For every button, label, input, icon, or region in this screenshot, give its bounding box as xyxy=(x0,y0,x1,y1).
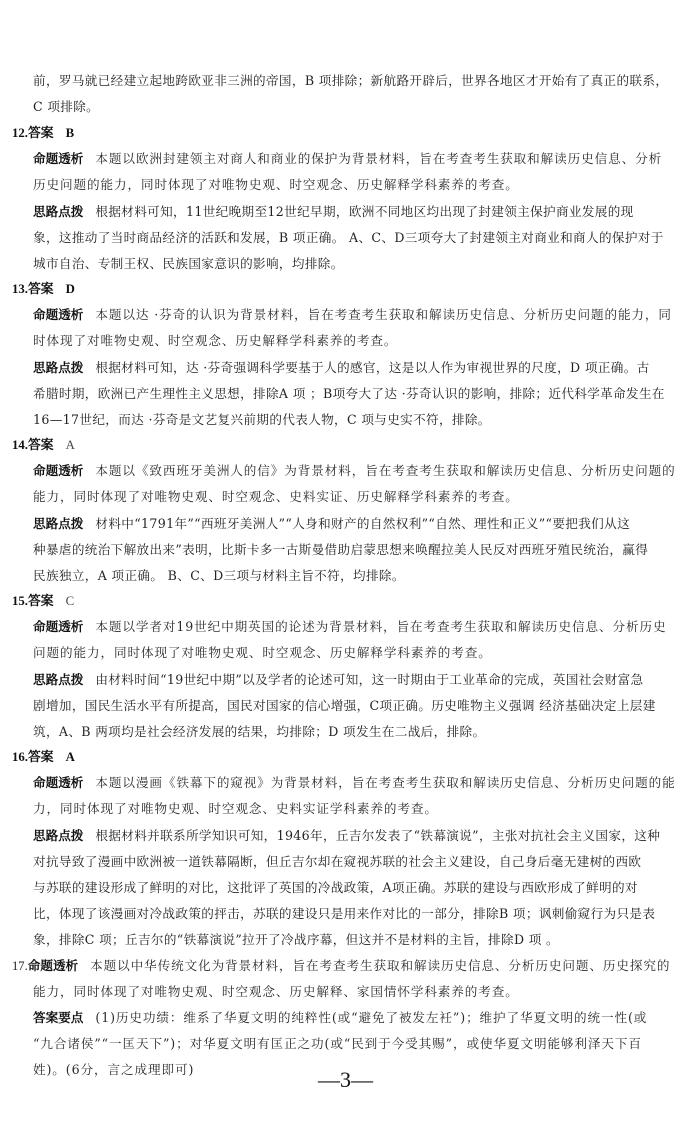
analysis-label: 命题透析 xyxy=(28,958,78,973)
answer-label: 答案 xyxy=(28,594,54,609)
hint-line: 思路点拨根据材料并联系所学知识可知，1946年，丘吉尔发表了“铁幕演说”，主张对… xyxy=(33,827,673,845)
hint-line: 象，这推动了当时商品经济的活跃和发展，B 项正确。 A、C、D三项夸大了封建领主… xyxy=(33,229,673,247)
hint-line: 比，体现了该漫画对冷战政策的抨击，苏联的建设只是用来作对比的一部分，排除B 项；… xyxy=(33,905,673,923)
analysis-label: 命题透析 xyxy=(33,463,83,478)
question-number: 12. xyxy=(12,126,28,140)
question-number: 17. xyxy=(12,959,28,973)
hint-line: 筑，A、B 两项均是社会经济发展的结果，均排除；D 项发生在二战后，排除。 xyxy=(33,723,673,741)
question-number: 13. xyxy=(12,282,28,296)
question-15-header: 15.答案C xyxy=(12,592,74,611)
hint-line: 民族独立，A 项正确。 B、C、D三项与材料主旨不符，均排除。 xyxy=(33,567,673,585)
hint-line: 与苏联的建设形成了鲜明的对比，这批评了英国的冷战政策，A项正确。苏联的建设与西欧… xyxy=(33,879,673,897)
hint-label: 思路点拨 xyxy=(33,672,83,687)
analysis-line: 能力，同时体现了对唯物史观、时空观念、史料实证、历史解释学科素养的考查。 xyxy=(33,488,673,506)
answer-label: 答案 xyxy=(28,750,54,765)
answer-value: A xyxy=(66,438,75,452)
analysis-label: 命题透析 xyxy=(33,775,83,790)
hint-line: 思路点拨材料中“1791年”“西班牙美洲人”“人身和财产的自然权利”“自然、理性… xyxy=(33,515,673,533)
analysis-line: 命题透析本题以达 ·芬奇的认识为背景材料，旨在考查考生获取和解读历史信息、分析历… xyxy=(33,306,673,324)
hint-line: 思路点拨由材料时间“19世纪中期”以及学者的论述可知，这一时期由于工业革命的完成… xyxy=(33,671,673,689)
hint-line: 象，排除C 项；丘吉尔的“铁幕演说”拉开了冷战序幕，但这并不是材料的主旨，排除D… xyxy=(33,931,673,949)
hint-line: 剧增加，国民生活水平有所提高，国民对国家的信心增强，C项正确。历史唯物主义强调 … xyxy=(33,697,673,715)
hint-label: 思路点拨 xyxy=(33,828,83,843)
hint-line: 对抗导致了漫画中欧洲被一道铁幕隔断，但丘吉尔却在窥视苏联的社会主义建设，自己身后… xyxy=(33,853,673,871)
analysis-label: 命题透析 xyxy=(33,151,83,166)
key-points-label: 答案要点 xyxy=(33,1010,83,1025)
answer-label: 答案 xyxy=(28,282,54,297)
continuation-line: C 项排除。 xyxy=(33,98,673,116)
answer-label: 答案 xyxy=(28,126,54,141)
question-13-header: 13.答案D xyxy=(12,280,75,299)
hint-label: 思路点拨 xyxy=(33,360,83,375)
hint-line: 思路点拨根据材料可知，达 ·芬奇强调科学要基于人的感官，这是以人作为审视世界的尺… xyxy=(33,359,673,377)
question-number: 15. xyxy=(12,594,28,608)
hint-line: 16—17世纪，而达 ·芬奇是文艺复兴前期的代表人物，C 项与史实不符，排除。 xyxy=(33,411,673,429)
analysis-line: 命题透析本题以《致西班牙美洲人的信》为背景材料，旨在考查考生获取和解读历史信息、… xyxy=(33,462,673,480)
hint-label: 思路点拨 xyxy=(33,516,83,531)
question-number: 16. xyxy=(12,750,28,764)
analysis-line: 命题透析本题以学者对19世纪中期英国的论述为背景材料，旨在考查考生获取和解读历史… xyxy=(33,618,673,636)
page-number: —3— xyxy=(0,1068,691,1092)
answer-value: D xyxy=(66,282,75,296)
analysis-line: 力，同时体现了对唯物史观、时空观念、史料实证学科素养的考查。 xyxy=(33,800,673,818)
answer-label: 答案 xyxy=(28,438,54,453)
analysis-line: 时体现了对唯物史观、时空观念、历史解释学科素养的考查。 xyxy=(33,332,673,350)
hint-label: 思路点拨 xyxy=(33,204,83,219)
question-number: 14. xyxy=(12,438,28,452)
analysis-label: 命题透析 xyxy=(33,307,83,322)
question-17-header: 17.命题透析本题以中华传统文化为背景材料，旨在考查考生获取和解读历史信息、分析… xyxy=(12,957,670,975)
analysis-line: 命题透析本题以欧洲封建领主对商人和商业的保护为背景材料，旨在考查考生获取和解读历… xyxy=(33,150,673,168)
key-points-line: “九合诸侯”“一匡天下”)；对华夏文明有匡正之功(或“民到于今受其赐”，或使华夏… xyxy=(33,1035,673,1053)
document-page: 前，罗马就已经建立起地跨欧亚非三洲的帝国，B 项排除；新航路开辟后，世界各地区才… xyxy=(0,0,691,1146)
key-points-line: 答案要点(1)历史功绩：维系了华夏文明的纯粹性(或“避免了被发左衽”)；维护了华… xyxy=(33,1009,673,1027)
analysis-line: 问题的能力，同时体现了对唯物史观、时空观念、历史解释学科素养的考查。 xyxy=(33,644,673,662)
hint-line: 思路点拨根据材料可知，11世纪晚期至12世纪早期，欧洲不同地区均出现了封建领主保… xyxy=(33,203,673,221)
answer-value: B xyxy=(66,126,75,140)
analysis-line: 能力，同时体现了对唯物史观、时空观念、历史解释、家国情怀学科素养的考查。 xyxy=(33,983,673,1001)
continuation-line: 前，罗马就已经建立起地跨欧亚非三洲的帝国，B 项排除；新航路开辟后，世界各地区才… xyxy=(33,72,673,90)
hint-line: 希腊时期，欧洲已产生理性主义思想，排除A 项 ；B项夸大了达 ·芬奇认识的影响，… xyxy=(33,385,673,403)
question-14-header: 14.答案A xyxy=(12,436,75,455)
hint-line: 种暴虐的统治下解放出来”表明，比斯卡多一古斯曼借助启蒙思想来唤醒拉美人民反对西班… xyxy=(33,541,673,559)
answer-value: C xyxy=(66,594,75,608)
analysis-line: 历史问题的能力，同时体现了对唯物史观、时空观念、历史解释学科素养的考查。 xyxy=(33,176,673,194)
question-16-header: 16.答案A xyxy=(12,748,75,767)
hint-line: 城市自治、专制王权、民族国家意识的影响，均排除。 xyxy=(33,255,673,273)
answer-value: A xyxy=(66,750,75,764)
analysis-label: 命题透析 xyxy=(33,619,83,634)
analysis-line: 命题透析本题以漫画《铁幕下的窥视》为背景材料，旨在考查考生获取和解读历史信息、分… xyxy=(33,774,673,792)
question-12-header: 12.答案B xyxy=(12,124,74,143)
